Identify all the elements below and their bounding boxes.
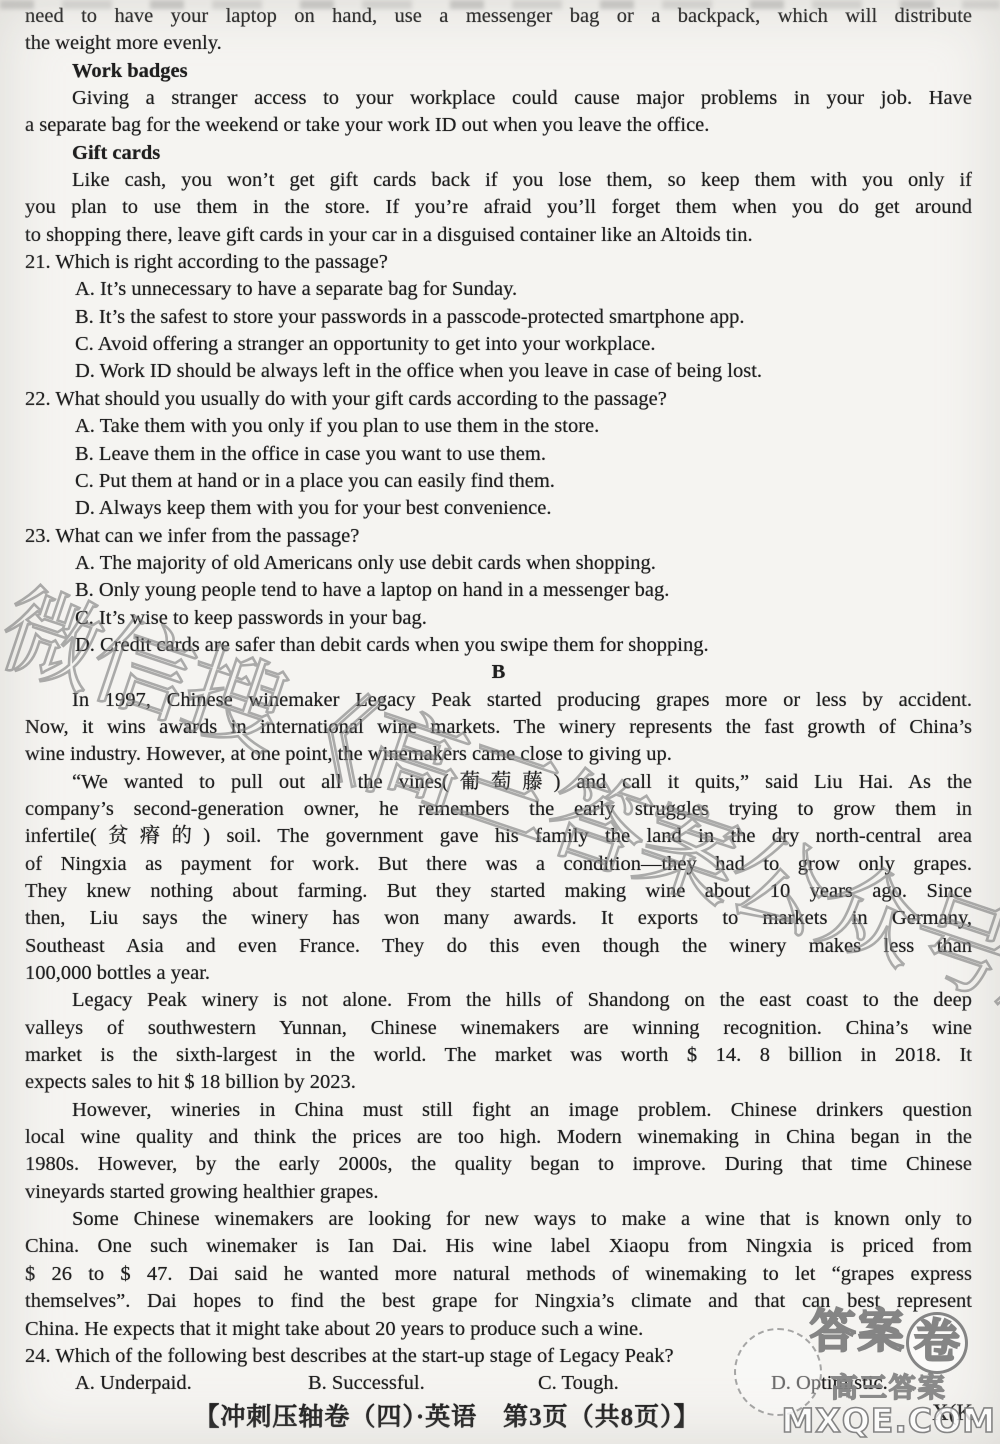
question-22: 22. What should you usually do with your… [25,386,972,413]
passage-a-line: the weight more evenly. [25,30,972,57]
question-21-option-c: C. Avoid offering a stranger an opportun… [25,331,972,358]
passage-a-line: Giving a stranger access to your workpla… [25,85,972,112]
section-b-heading: B [25,659,972,686]
passage-b-line: China. He expects that it might take abo… [25,1316,972,1343]
passage-b-line: 100,000 bottles a year. [25,960,972,987]
passage-b-line: However, wineries in China must still fi… [25,1097,972,1124]
option: C. Tough. [538,1370,771,1397]
passage-a-heading-work-badges: Work badges [25,58,972,85]
question-23-option-b: B. Only young people tend to have a lapt… [25,577,972,604]
passage-a-line: Like cash, you won’t get gift cards back… [25,167,972,194]
passage-b-line: of Ningxia as payment for work. But ther… [25,851,972,878]
passage-b-line: 1980s. However, by the early 2000s, the … [25,1151,972,1178]
question-23: 23. What can we infer from the passage? [25,523,972,550]
question-24: 24. Which of the following best describe… [25,1343,972,1370]
question-22-option-c: C. Put them at hand or in a place you ca… [25,468,972,495]
question-22-option-a: A. Take them with you only if you plan t… [25,413,972,440]
passage-b-line: Legacy Peak winery is not alone. From th… [25,987,972,1014]
passage-b-line: then, Liu says the winery has won many a… [25,905,972,932]
passage-a-line: need to have your laptop on hand, use a … [25,3,972,30]
question-21-option-b: B. It’s the safest to store your passwor… [25,304,972,331]
passage-b-line: $ 26 to $ 47. Dai said he wanted more na… [25,1261,972,1288]
exam-page-body: need to have your laptop on hand, use a … [25,3,972,1398]
question-21-option-d: D. Work ID should be always left in the … [25,358,972,385]
passage-a-line: you plan to use them in the store. If yo… [25,194,972,221]
passage-a-line: a separate bag for the weekend or take y… [25,112,972,139]
passage-b-line: wine industry. However, at one point, th… [25,741,972,768]
page-footer: 【冲刺压轴卷（四）·英语 第3页（共8页）】 [0,1397,947,1433]
question-21-option-a: A. It’s unnecessary to have a separate b… [25,276,972,303]
question-22-option-b: B. Leave them in the office in case you … [25,441,972,468]
passage-b-line: vineyards started growing healthier grap… [25,1179,972,1206]
passage-b-line: In 1997, Chinese winemaker Legacy Peak s… [25,687,972,714]
passage-b-line: market is the sixth-largest in the world… [25,1042,972,1069]
passage-b-line: company’s second-generation owner, he re… [25,796,972,823]
question-23-option-c: C. It’s wise to keep passwords in your b… [25,605,972,632]
option: A. Underpaid. [75,1370,308,1397]
passage-b-line: They knew nothing about farming. But the… [25,878,972,905]
passage-b-line: infertile(贫瘠的) soil. The government gave… [25,823,972,850]
passage-a-line: to shopping there, leave gift cards in y… [25,222,972,249]
option: D. Optimistic. [771,1370,972,1397]
passage-b-line: Now, it wins awards in international win… [25,714,972,741]
passage-b-line: Southeast Asia and even France. They do … [25,933,972,960]
passage-b-line: expects sales to hit $ 18 billion by 202… [25,1069,972,1096]
passage-a-heading-gift-cards: Gift cards [25,140,972,167]
question-23-option-a: A. The majority of old Americans only us… [25,550,972,577]
option: B. Successful. [308,1370,538,1397]
question-24-options: A. Underpaid.B. Successful.C. Tough.D. O… [25,1370,972,1397]
question-22-option-d: D. Always keep them with you for your be… [25,495,972,522]
question-23-option-d: D. Credit cards are safer than debit car… [25,632,972,659]
passage-b-line: local wine quality and think the prices … [25,1124,972,1151]
passage-b-line: themselves”. Dai hopes to find the best … [25,1288,972,1315]
question-21: 21. Which is right according to the pass… [25,249,972,276]
passage-b-line: China. One such winemaker is Ian Dai. Hi… [25,1233,972,1260]
passage-b-line: Some Chinese winemakers are looking for … [25,1206,972,1233]
page-footer-code: X(K [932,1400,973,1426]
passage-b-line: valleys of southwestern Yunnan, Chinese … [25,1015,972,1042]
passage-b-line: “We wanted to pull out all the vines(葡萄藤… [25,769,972,796]
